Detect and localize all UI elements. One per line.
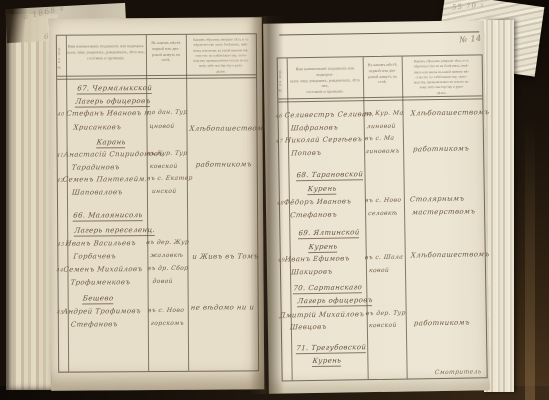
header-line: состояніе и прозваніе. — [288, 88, 362, 95]
entry-place: въ Кур. Тур — [146, 150, 188, 157]
entry-place: линовой — [366, 123, 396, 130]
entry-place: жаловкѣ — [150, 252, 184, 259]
entry-place: въ др. Сбор — [147, 265, 189, 272]
entry-name: Николай Сергѣевъ — [285, 135, 363, 144]
entry-name: Иванъ Ефимовъ — [284, 254, 350, 263]
village-subheading: Курень — [312, 357, 342, 367]
entry-place: ковской — [149, 163, 178, 170]
entry-name: Дмитрій Михайловъ — [279, 310, 364, 319]
entry-name: Трофименковъ — [70, 278, 131, 286]
left-page: № по пор. Имя наименованіе поданныхъ или… — [49, 17, 265, 390]
entry-place: ковской — [369, 322, 398, 329]
village-subheading: Лагерь офицеровъ — [297, 296, 373, 307]
background-right-band — [525, 120, 535, 400]
entry-place: цновой — [149, 123, 175, 130]
column-header-names: Имя наименованіе поданныхъ или водворен-… — [67, 43, 145, 61]
entry-place: въ с. Ма — [365, 135, 395, 142]
column-header-occupation: Какимъ образомъ умершіе лѣта, и съ вѣроя… — [403, 58, 481, 96]
table-line — [186, 35, 189, 371]
village-heading: 67. Чермалыкской — [77, 84, 153, 95]
entry-occupation: Хлѣбопашествомъ — [410, 250, 490, 259]
folio-number: № 14 — [459, 34, 482, 45]
table-line — [66, 36, 69, 372]
entry-name: Фёдоръ Ивановъ — [284, 197, 352, 206]
entry-place: довой — [152, 278, 173, 285]
header-line: первой или дво- — [147, 46, 185, 52]
column-header-place: Въ какомъ мѣстѣ первой или дво- ровой жи… — [364, 62, 401, 86]
entry-name: Поповъ — [291, 149, 322, 157]
entry-occupation: и Живъ въ Томъ — [192, 252, 259, 260]
entry-occupation: Столярнымъ — [410, 195, 465, 204]
entry-name: Шафрановъ — [290, 124, 338, 133]
table-line — [363, 57, 369, 379]
header-line: селѣ. — [147, 57, 185, 63]
entry-name: Иванъ Васильевъ — [65, 239, 137, 247]
entry-name: Горбачевъ — [73, 252, 116, 260]
column-header-place: Въ какомъ мѣстѣ первой или дво- ровой жи… — [147, 40, 185, 63]
entry-name: Тарадиновъ — [71, 163, 120, 171]
table-line — [57, 74, 256, 76]
entry-name: Хрисанковъ — [73, 123, 122, 131]
row-number: 43 — [57, 242, 65, 248]
entry-occupation: работникомъ — [413, 145, 470, 154]
book-gutter-shadow — [250, 16, 284, 394]
column-header-names: Имя наименованіе поданныхъ или водворен-… — [288, 65, 362, 95]
entry-place: въ дер. Тур — [365, 310, 406, 318]
column-header-number: № по пор. — [57, 40, 66, 76]
entry-occupation: не вѣдомо ни и — [190, 303, 254, 311]
table-line — [57, 77, 256, 79]
entry-place: селовкѣ — [368, 210, 398, 217]
village-heading: 68. Тарановской — [296, 170, 363, 181]
village-heading: 71. Трегубовской — [296, 343, 367, 354]
entry-name: Шевцовъ — [290, 323, 328, 332]
village-heading: 66. Малоянисоль — [73, 211, 144, 221]
entry-place: въ с. Екатер — [146, 175, 193, 182]
entry-name: Стефановъ — [70, 320, 118, 328]
village-subheading: Курень — [307, 185, 337, 195]
entry-name: Шаповаловъ — [72, 188, 123, 196]
entry-place: линовомъ — [365, 148, 400, 156]
entry-place: въ с. Ново — [365, 197, 402, 205]
village-subheading: Курень — [308, 243, 338, 253]
entry-name: Семенъ Пантелейм. — [62, 175, 147, 184]
village-subheading: Лагерь офицеровъ — [75, 97, 151, 108]
village-subheading: Лагерь переселенц. — [74, 226, 156, 237]
entry-name: Селивестръ Селиван. — [284, 110, 374, 119]
entry-occupation: работникомъ — [413, 319, 470, 328]
entry-name: Семенъ Михайловъ — [63, 265, 143, 274]
entry-place: въ с. Шала — [364, 254, 403, 262]
entry-name: Андрей Трофимовъ — [62, 307, 141, 316]
entry-place: въ Кур. Ма — [364, 110, 404, 118]
entry-place: горскомъ — [150, 320, 184, 327]
entry-occupation: мастерствомъ — [412, 207, 476, 216]
village-heading: 69. Ялтинской — [298, 228, 360, 239]
village-heading: Карань — [96, 138, 126, 148]
header-line: состояніе и прозваніе. — [67, 55, 145, 61]
entry-place: въ дер. Жур — [146, 239, 190, 246]
village-heading: Бешево — [82, 294, 114, 304]
row-number: 40 — [57, 112, 65, 118]
header-line: селѣ. — [364, 79, 401, 85]
entry-occupation: Хлѣбопашествомъ — [410, 108, 490, 117]
village-heading: 70. Сартанскаго — [293, 283, 363, 294]
entry-occupation: работникомъ — [195, 160, 252, 168]
entry-name: Стефанъ Ивановъ п. — [66, 109, 152, 118]
table-line — [402, 57, 408, 379]
entry-place: въ с. Ново — [147, 307, 184, 314]
entry-place: инской — [152, 188, 177, 195]
right-page: № 14 № по пор. Имя наименованіе поданных… — [263, 20, 490, 393]
header-line: дѣлію. — [187, 69, 255, 75]
entry-name: Стефановъ — [290, 211, 338, 220]
entry-place: по дан. Тур — [147, 109, 188, 116]
top-rule — [279, 31, 479, 35]
entry-name: Шакировъ — [291, 268, 333, 277]
column-header-occupation: Какимъ образомъ умершіе лѣта, и съ вѣроя… — [187, 37, 255, 74]
signature: Смотритель — [434, 368, 482, 376]
entry-place: ковой — [369, 267, 390, 274]
header-line: ныхъ лицъ умершихъ, рожденныхъ, лѣта ихъ… — [67, 49, 145, 55]
